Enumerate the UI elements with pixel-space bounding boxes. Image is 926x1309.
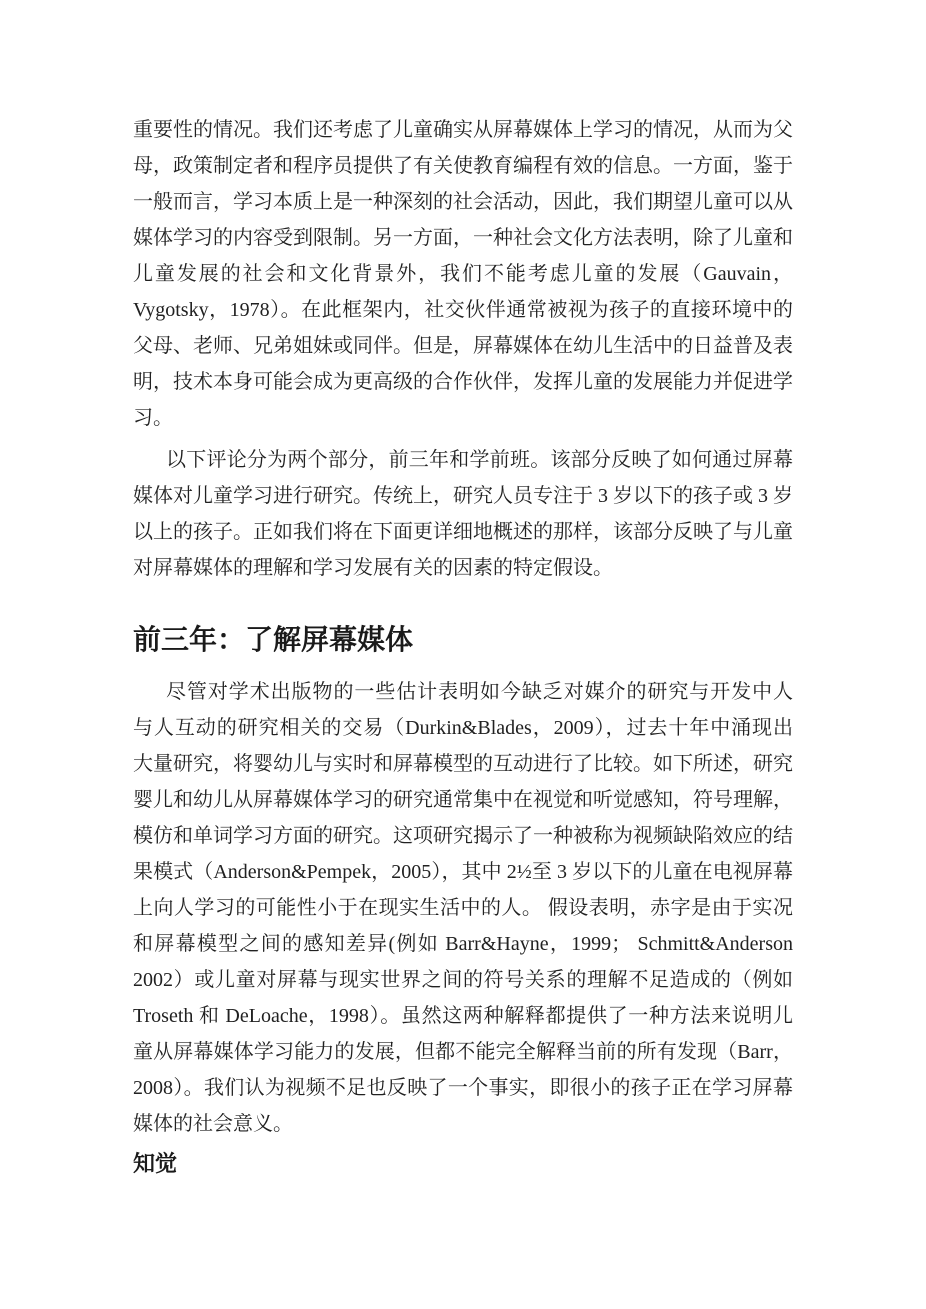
text-line: 以上的孩子。正如我们将在下面更详细地概述的那样，该部分反映了与儿童 [133,514,793,550]
text-line: 上向人学习的可能性小于在现实生活中的人。 假设表明，赤字是由于实况 [133,890,793,926]
text-line: 模仿和单词学习方面的研究。这项研究揭示了一种被称为视频缺陷效应的结 [133,818,793,854]
paragraph-review-overview: 以下评论分为两个部分，前三年和学前班。该部分反映了如何通过屏幕 媒体对儿童学习进… [133,442,793,586]
text-block: 重要性的情况。我们还考虑了儿童确实从屏幕媒体上学习的情况，从而为父 母，政策制定… [133,112,793,1182]
paragraph-video-deficit: 尽管对学术出版物的一些估计表明如今缺乏对媒介的研究与开发中人 与人互动的研究相关… [133,674,793,1142]
text-line: 果模式（Anderson&Pempek，2005），其中 2½至 3 岁以下的儿… [133,854,793,890]
text-line: 母，政策制定者和程序员提供了有关使教育编程有效的信息。一方面，鉴于 [133,148,793,184]
section-heading-first-three-years: 前三年：了解屏幕媒体 [133,620,793,660]
text-line: 和屏幕模型之间的感知差异(例如 Barr&Hayne，1999； Schmitt… [133,926,793,962]
text-line: 媒体对儿童学习进行研究。传统上，研究人员专注于 3 岁以下的孩子或 3 岁 [133,478,793,514]
text-line: Vygotsky，1978）。在此框架内，社交伙伴通常被视为孩子的直接环境中的 [133,292,793,328]
text-line: Troseth 和 DeLoache，1998）。虽然这两种解释都提供了一种方法… [133,998,793,1034]
subsection-heading-perception: 知觉 [133,1146,793,1182]
text-line: 童从屏幕媒体学习能力的发展，但都不能完全解释当前的所有发现（Barr， [133,1034,793,1070]
text-line: 以下评论分为两个部分，前三年和学前班。该部分反映了如何通过屏幕 [133,442,793,478]
paragraph-continuation: 重要性的情况。我们还考虑了儿童确实从屏幕媒体上学习的情况，从而为父 母，政策制定… [133,112,793,436]
text-line: 明，技术本身可能会成为更高级的合作伙伴，发挥儿童的发展能力并促进学 [133,364,793,400]
text-line: 2002）或儿童对屏幕与现实世界之间的符号关系的理解不足造成的（例如 [133,962,793,998]
text-line: 对屏幕媒体的理解和学习发展有关的因素的特定假设。 [133,550,793,586]
text-line: 婴儿和幼儿从屏幕媒体学习的研究通常集中在视觉和听觉感知，符号理解， [133,782,793,818]
text-line: 一般而言，学习本质上是一种深刻的社会活动，因此，我们期望儿童可以从 [133,184,793,220]
text-line: 媒体学习的内容受到限制。另一方面，一种社会文化方法表明，除了儿童和 [133,220,793,256]
text-line: 习。 [133,400,793,436]
text-line: 大量研究，将婴幼儿与实时和屏幕模型的互动进行了比较。如下所述，研究 [133,746,793,782]
document-page: 重要性的情况。我们还考虑了儿童确实从屏幕媒体上学习的情况，从而为父 母，政策制定… [0,0,926,1309]
text-line: 父母、老师、兄弟姐妹或同伴。但是，屏幕媒体在幼儿生活中的日益普及表 [133,328,793,364]
text-line: 2008）。我们认为视频不足也反映了一个事实，即很小的孩子正在学习屏幕 [133,1070,793,1106]
text-line: 儿童发展的社会和文化背景外，我们不能考虑儿童的发展（Gauvain，2001； [133,256,793,292]
text-line: 媒体的社会意义。 [133,1106,793,1142]
text-line: 尽管对学术出版物的一些估计表明如今缺乏对媒介的研究与开发中人 [133,674,793,710]
text-line: 重要性的情况。我们还考虑了儿童确实从屏幕媒体上学习的情况，从而为父 [133,112,793,148]
text-line: 与人互动的研究相关的交易（Durkin&Blades，2009），过去十年中涌现… [133,710,793,746]
